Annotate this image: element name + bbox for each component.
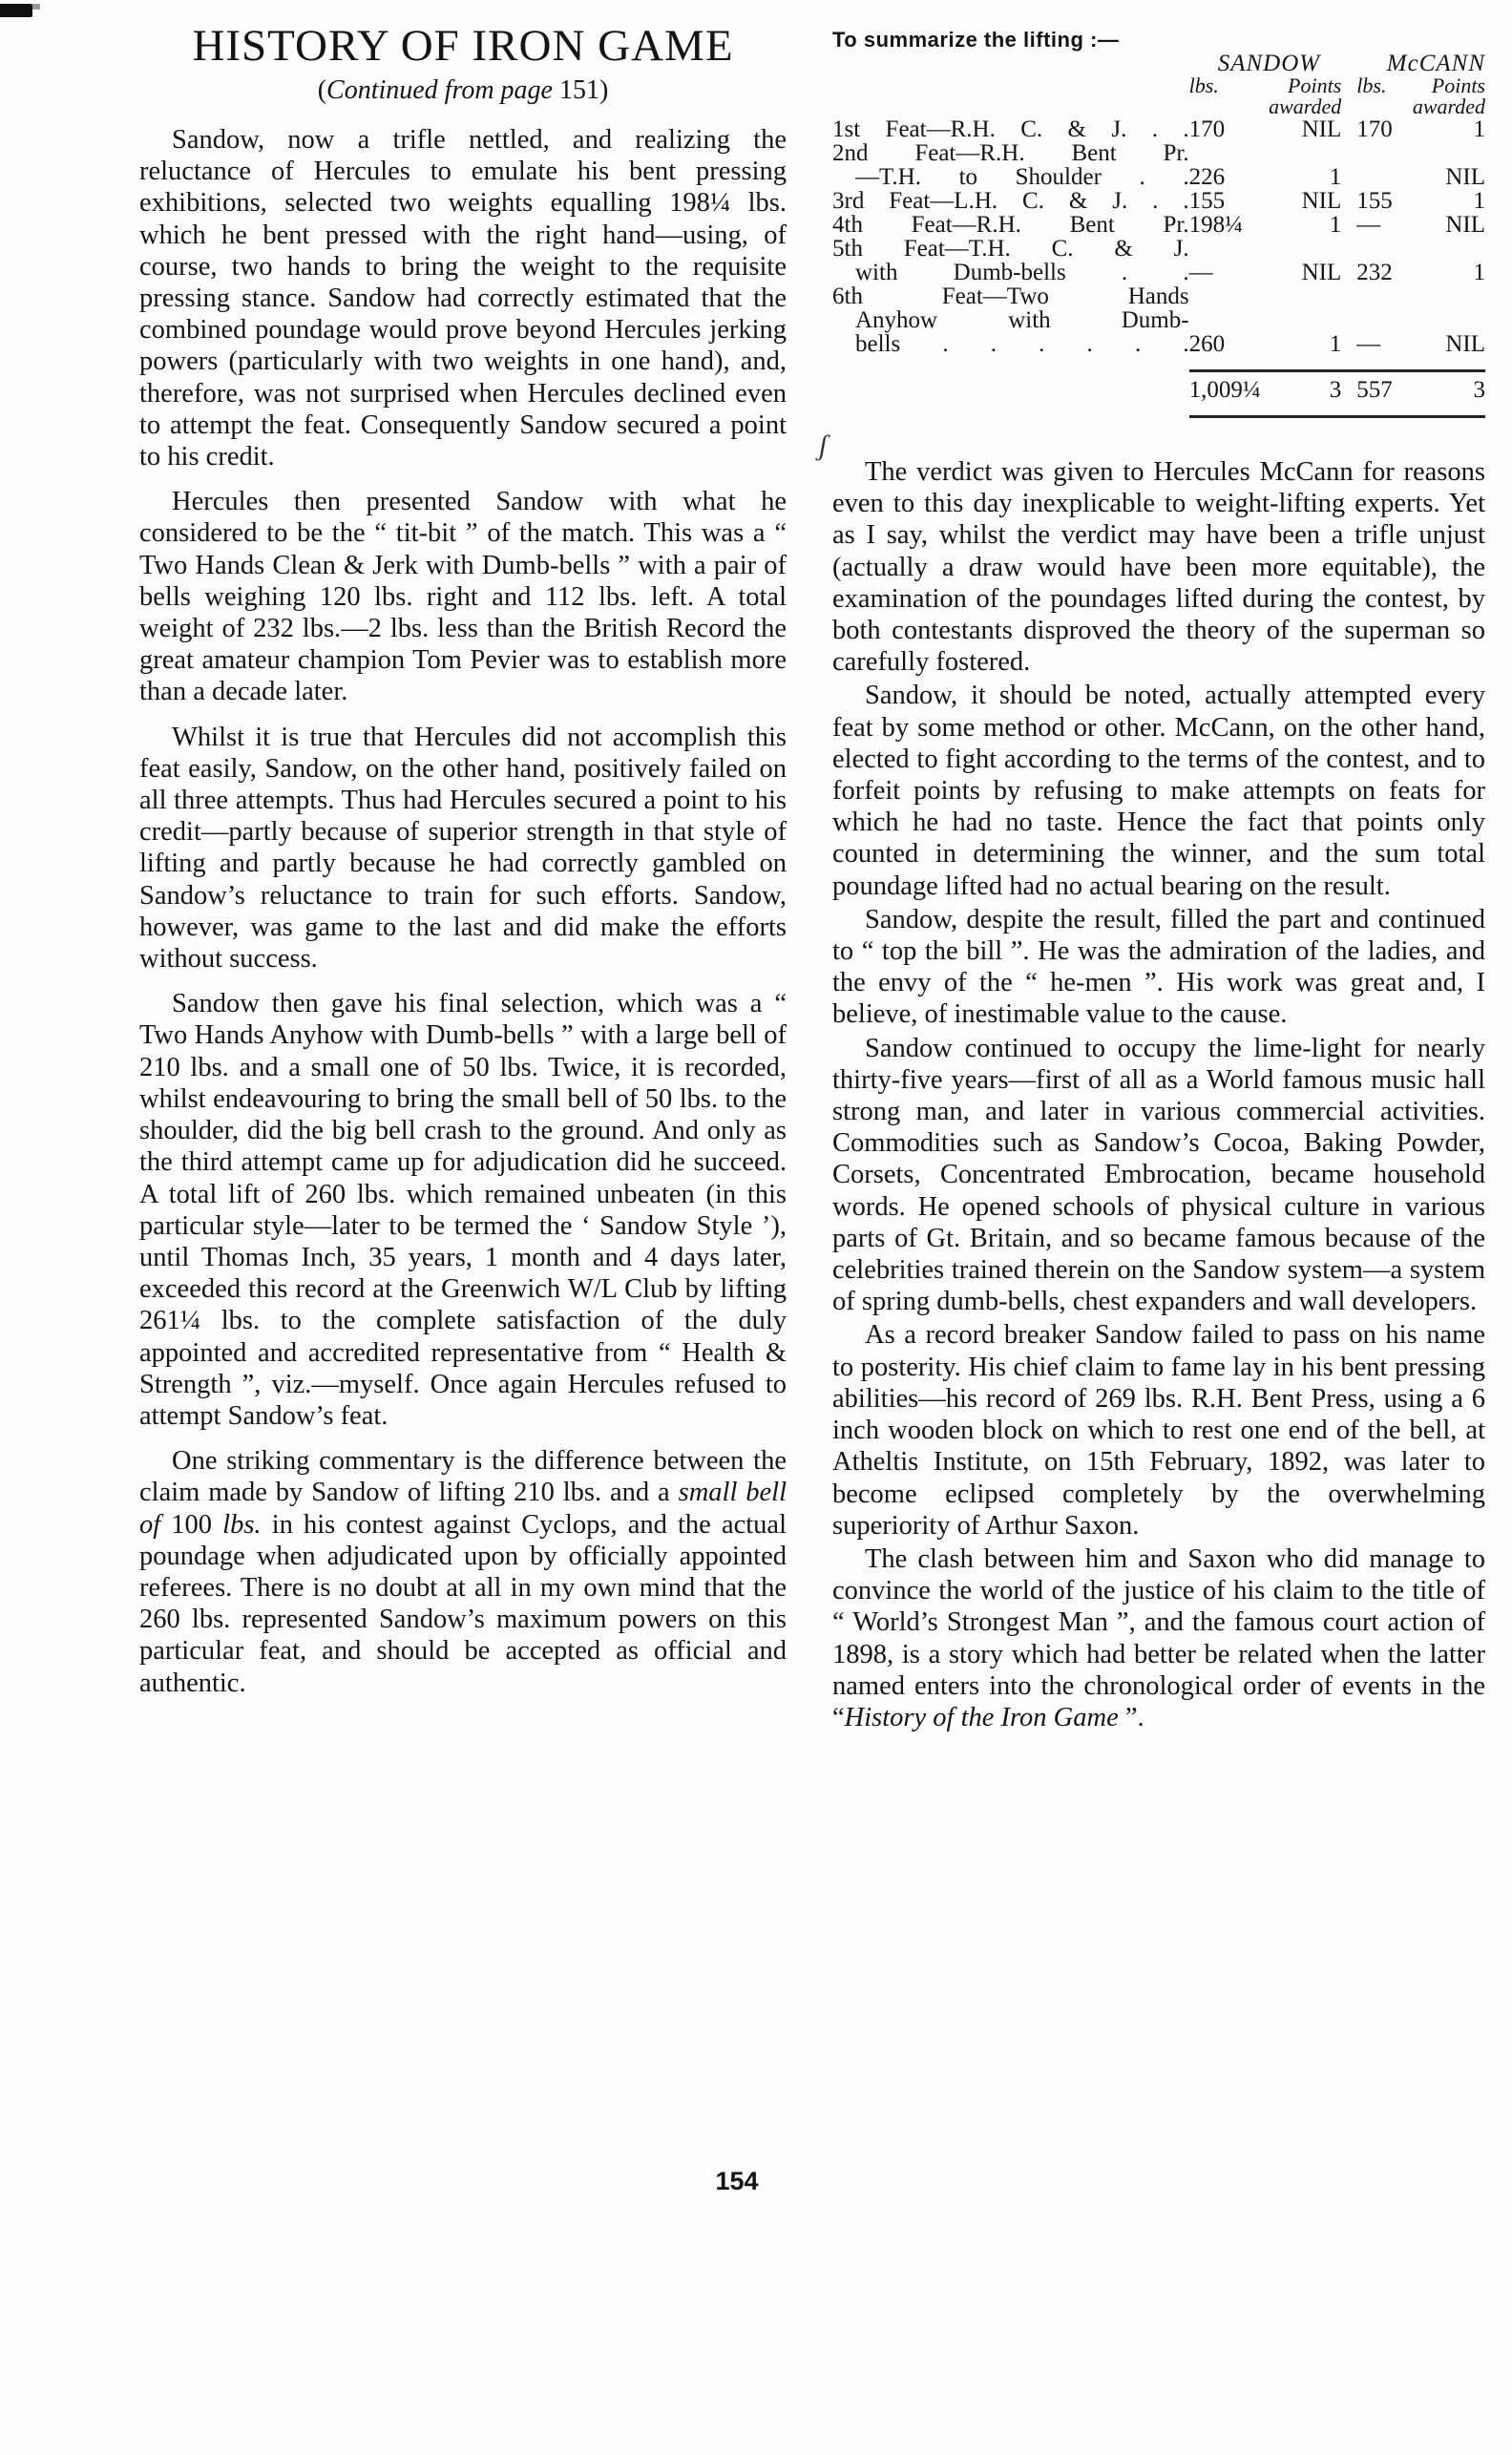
sandow-points: 1 [1261, 332, 1350, 356]
mccann-total-points: 3 [1410, 371, 1486, 403]
article-title: HISTORY OF IRON GAME [139, 21, 787, 71]
paragraph: Sandow continued to occupy the lime-ligh… [832, 1033, 1485, 1318]
header-lbs: lbs. [1349, 75, 1409, 96]
header-points: Points [1261, 75, 1350, 96]
sandow-points: 1 [1261, 213, 1350, 237]
scan-edge-mark [0, 4, 32, 17]
feat-label: 5th Feat—T.H. C. & J. [832, 237, 1189, 261]
header-sandow: SANDOW [1189, 52, 1350, 75]
mccann-total-lbs: 557 [1349, 371, 1409, 403]
feat-label-continued: with Dumb-bells . . [832, 261, 1189, 284]
total-rule [832, 402, 1485, 417]
mccann-points: NIL [1410, 165, 1486, 189]
sandow-total-points: 3 [1261, 371, 1350, 403]
table-row: Anyhow with Dumb- [832, 308, 1485, 332]
table-header-awarded: awarded awarded [832, 96, 1485, 117]
sandow-lbs: 198¼ [1189, 213, 1261, 237]
feat-label-continued: bells . . . . . . [832, 332, 1189, 356]
sandow-lbs: 260 [1189, 332, 1261, 356]
table-header-cols: lbs. Points lbs. Points [832, 75, 1485, 96]
feat-label: 4th Feat—R.H. Bent Pr. [832, 213, 1189, 237]
table-row: bells . . . . . . 260 1 — NIL [832, 332, 1485, 356]
table-row: —T.H. to Shoulder . . 226 1 NIL [832, 165, 1485, 189]
sandow-points: NIL [1261, 189, 1350, 213]
paragraph: Whilst it is true that Hercules did not … [139, 722, 787, 976]
table-row: 4th Feat—R.H. Bent Pr. 198¼ 1 — NIL [832, 213, 1485, 237]
mccann-points: 1 [1410, 189, 1486, 213]
feat-label: 1st Feat—R.H. C. & J. . . [832, 117, 1189, 141]
table-row: 1st Feat—R.H. C. & J. . . 170 NIL 170 1 [832, 117, 1485, 141]
table-row: 5th Feat—T.H. C. & J. [832, 237, 1485, 261]
margin-mark: ʃ [819, 430, 828, 462]
feat-label-continued: Anyhow with Dumb- [832, 308, 1189, 332]
mccann-lbs: 155 [1349, 189, 1409, 213]
header-awarded: awarded [1410, 96, 1486, 117]
sum-rule [832, 356, 1485, 371]
paragraph: Hercules then presented Sandow with what… [139, 486, 787, 707]
paragraph: As a record breaker Sandow failed to pas… [832, 1319, 1485, 1541]
totals-row: 1,009¼ 3 557 3 [832, 371, 1485, 403]
paragraph: The verdict was given to Hercules McCann… [832, 456, 1485, 678]
page-number-text: 154 [715, 2167, 758, 2196]
mccann-points: 1 [1410, 117, 1486, 141]
paragraph: Sandow, now a trifle nettled, and realiz… [139, 124, 787, 472]
header-lbs: lbs. [1189, 75, 1261, 96]
paragraph: Sandow then gave his final selection, wh… [139, 988, 787, 1432]
continued-note: (Continued from page 151) [139, 74, 787, 107]
sandow-points: 1 [1261, 165, 1350, 189]
feat-label: 3rd Feat—L.H. C. & J. . . [832, 189, 1189, 213]
table-row: with Dumb-bells . . — NIL 232 1 [832, 261, 1485, 284]
sandow-total-lbs: 1,009¼ [1189, 371, 1261, 403]
mccann-points: NIL [1410, 213, 1486, 237]
feat-label-continued: —T.H. to Shoulder . . [832, 165, 1189, 189]
sandow-lbs: 226 [1189, 165, 1261, 189]
left-column: HISTORY OF IRON GAME (Continued from pag… [139, 0, 787, 1712]
table-row: 2nd Feat—R.H. Bent Pr. [832, 141, 1485, 165]
mccann-lbs: 232 [1349, 261, 1409, 284]
paragraph-closing: The clash between him and Saxon who did … [832, 1543, 1485, 1733]
summary-heading: To summarize the lifting :— [832, 29, 1485, 52]
italic-run: lbs. [222, 1510, 261, 1540]
mccann-lbs: — [1349, 213, 1409, 237]
right-column: To summarize the lifting :— SANDOW McCAN… [832, 0, 1485, 1735]
paragraph: Sandow, it should be noted, actually att… [832, 680, 1485, 901]
sandow-lbs: 155 [1189, 189, 1261, 213]
continued-page-number: 151 [559, 75, 599, 105]
mccann-points: 1 [1410, 261, 1486, 284]
scan-edge-mark-2 [32, 4, 40, 10]
header-points: Points [1410, 75, 1486, 96]
mccann-points: NIL [1410, 332, 1486, 356]
page-number: 154 [0, 2167, 1512, 2196]
sandow-points: NIL [1261, 117, 1350, 141]
mccann-lbs: 170 [1349, 117, 1409, 141]
sandow-points: NIL [1261, 261, 1350, 284]
mccann-lbs: — [1349, 332, 1409, 356]
feat-label: 6th Feat—Two Hands [832, 284, 1189, 308]
sandow-lbs: 170 [1189, 117, 1261, 141]
feat-label: 2nd Feat—R.H. Bent Pr. [832, 141, 1189, 165]
italic-run: History of the Iron Game [845, 1703, 1119, 1732]
text-run: ”. [1119, 1703, 1144, 1732]
text-run: 100 [160, 1510, 222, 1540]
header-mccann: McCANN [1349, 52, 1485, 75]
paragraph: Sandow, despite the result, filled the p… [832, 904, 1485, 1031]
table-header-names: SANDOW McCANN [832, 52, 1485, 75]
table-row: 6th Feat—Two Hands [832, 284, 1485, 308]
header-awarded: awarded [1261, 96, 1350, 117]
continued-note-italic: Continued from page [326, 75, 553, 105]
paragraph-commentary: One striking commentary is the differenc… [139, 1445, 787, 1699]
lifting-summary-table: SANDOW McCANN lbs. Points lbs. Points aw… [832, 52, 1485, 418]
mccann-lbs [1349, 165, 1409, 189]
sandow-lbs: — [1189, 261, 1261, 284]
table-row: 3rd Feat—L.H. C. & J. . . 155 NIL 155 1 [832, 189, 1485, 213]
